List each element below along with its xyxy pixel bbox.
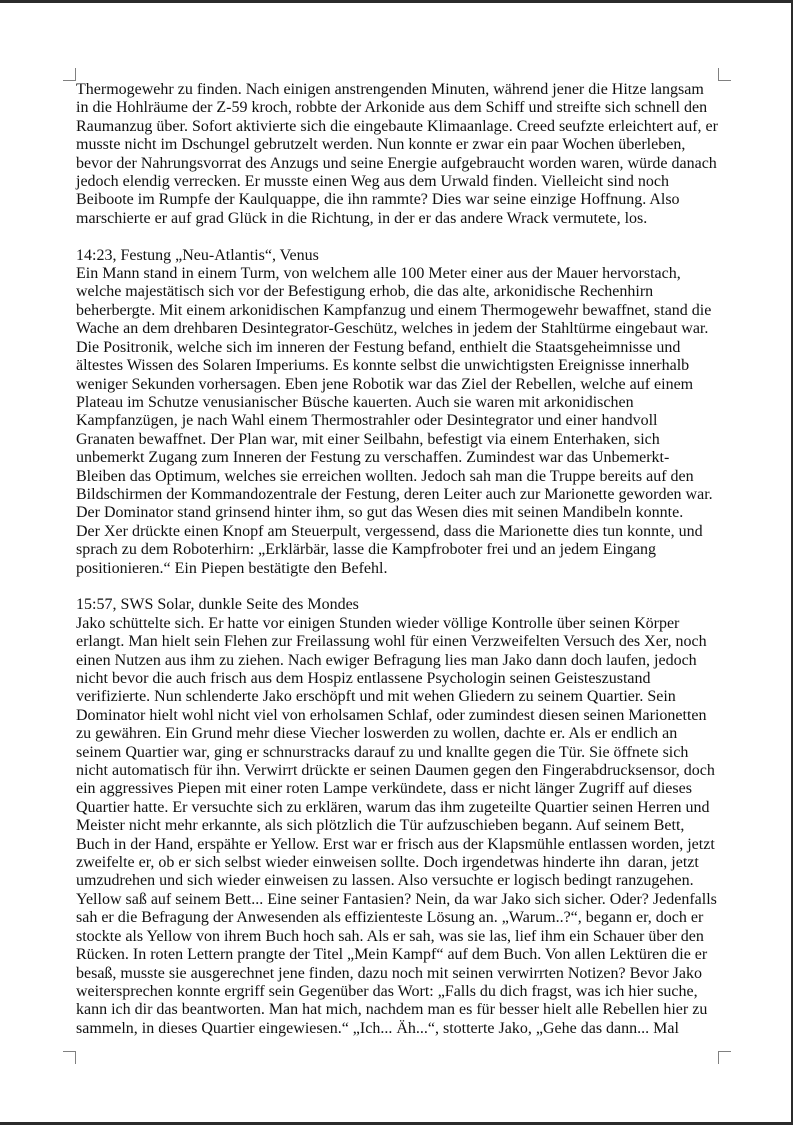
text-line: Raumanzug über. Sofort aktivierte sich d… <box>76 118 721 136</box>
text-line: weitersprechen konnte ergriff sein Gegen… <box>76 983 721 1001</box>
text-line: verifizierte. Nun schlenderte Jako ersch… <box>76 688 721 706</box>
section-heading: 14:23, Festung „Neu-Atlantis“, Venus <box>76 247 721 265</box>
corner-mark-bottom-left <box>63 1051 76 1064</box>
text-line: ein aggressives Piepen mit einer roten L… <box>76 780 721 798</box>
text-line: Der Xer drückte einen Knopf am Steuerpul… <box>76 523 721 541</box>
corner-mark-top-right <box>718 68 731 81</box>
text-line: einen Nutzen aus ihm zu ziehen. Nach ewi… <box>76 652 721 670</box>
section-heading: 15:57, SWS Solar, dunkle Seite des Monde… <box>76 596 721 614</box>
text-line: Wache an dem drehbaren Desintegrator-Ges… <box>76 320 721 338</box>
text-line: beherbergte. Mit einem arkonidischen Kam… <box>76 302 721 320</box>
page-body-text[interactable]: Thermogewehr zu finden. Nach einigen ans… <box>76 81 721 1038</box>
blank-line <box>76 578 721 596</box>
text-line: sprach zu dem Roboterhirn: „Erklärbär, l… <box>76 541 721 559</box>
text-line: zu gewähren. Ein Grund mehr diese Vieche… <box>76 725 721 743</box>
text-line: Kampfanzügen, je nach Wahl einem Thermos… <box>76 412 721 430</box>
corner-mark-bottom-right <box>718 1051 731 1064</box>
text-line: Yellow saß auf seinem Bett... Eine seine… <box>76 891 721 909</box>
text-line: Die Positronik, welche sich im inneren d… <box>76 339 721 357</box>
text-line: nicht automatisch für ihn. Verwirrt drüc… <box>76 762 721 780</box>
text-line: kann ich dir das beantworten. Man hat mi… <box>76 1001 721 1019</box>
text-line: musste nicht im Dschungel gebrutzelt wer… <box>76 136 721 154</box>
text-line: in die Hohlräume der Z-59 kroch, robbte … <box>76 99 721 117</box>
text-line: ältestes Wissen des Solaren Imperiums. E… <box>76 357 721 375</box>
text-line: sammeln, in dieses Quartier eingewiesen.… <box>76 1020 721 1038</box>
text-line: unbemerkt Zugang zum Inneren der Festung… <box>76 449 721 467</box>
text-line: Plateau im Schutze venusianischer Büsche… <box>76 394 721 412</box>
section-1: Thermogewehr zu finden. Nach einigen ans… <box>76 81 721 228</box>
blank-line <box>76 228 721 246</box>
text-line: Ein Mann stand in einem Turm, von welche… <box>76 265 721 283</box>
section-3: 15:57, SWS Solar, dunkle Seite des Monde… <box>76 596 721 1038</box>
text-line: nicht bevor die auch frisch aus dem Hosp… <box>76 670 721 688</box>
text-line: Thermogewehr zu finden. Nach einigen ans… <box>76 81 721 99</box>
text-line: bevor der Nahrungsvorrat des Anzugs und … <box>76 155 721 173</box>
text-line: Jako schüttelte sich. Er hatte vor einig… <box>76 615 721 633</box>
text-line: welche majestätisch sich vor der Befesti… <box>76 283 721 301</box>
text-line: Meister nicht mehr erkannte, als sich pl… <box>76 817 721 835</box>
text-line: Dominator hielt wohl nicht viel von erho… <box>76 707 721 725</box>
text-line: weniger Sekunden vorhersagen. Eben jene … <box>76 376 721 394</box>
text-line: Bleiben das Optimum, welches sie erreich… <box>76 468 721 486</box>
text-line: Quartier hatte. Er versuchte sich zu erk… <box>76 799 721 817</box>
text-line: Der Dominator stand grinsend hinter ihm,… <box>76 504 721 522</box>
text-line: jedoch elendig verrecken. Er musste eine… <box>76 173 721 191</box>
text-line: seinem Quartier war, ging er schnurstrac… <box>76 744 721 762</box>
text-line: sah er die Befragung der Anwesenden als … <box>76 909 721 927</box>
text-line: positionieren.“ Ein Piepen bestätigte de… <box>76 560 721 578</box>
text-line: erlangt. Man hielt sein Flehen zur Freil… <box>76 633 721 651</box>
text-line: marschierte er auf grad Glück in die Ric… <box>76 210 721 228</box>
text-line: Bildschirmen der Kommandozentrale der Fe… <box>76 486 721 504</box>
text-line: Beiboote im Rumpfe der Kaulquappe, die i… <box>76 191 721 209</box>
text-line: Buch in der Hand, erspähte er Yellow. Er… <box>76 836 721 854</box>
text-line: umzudrehen und sich wieder einweisen zu … <box>76 872 721 890</box>
section-2: 14:23, Festung „Neu-Atlantis“, Venus Ein… <box>76 247 721 578</box>
document-page: Thermogewehr zu finden. Nach einigen ans… <box>0 0 793 1125</box>
text-line: Granaten bewaffnet. Der Plan war, mit ei… <box>76 431 721 449</box>
corner-mark-top-left <box>63 68 76 81</box>
text-line: stockte als Yellow von ihrem Buch hoch s… <box>76 928 721 946</box>
text-line: Rücken. In roten Lettern prangte der Tit… <box>76 946 721 964</box>
text-line: besaß, musste sie ausgerechnet jene find… <box>76 965 721 983</box>
text-line: zweifelte er, ob er sich selbst wieder e… <box>76 854 721 872</box>
